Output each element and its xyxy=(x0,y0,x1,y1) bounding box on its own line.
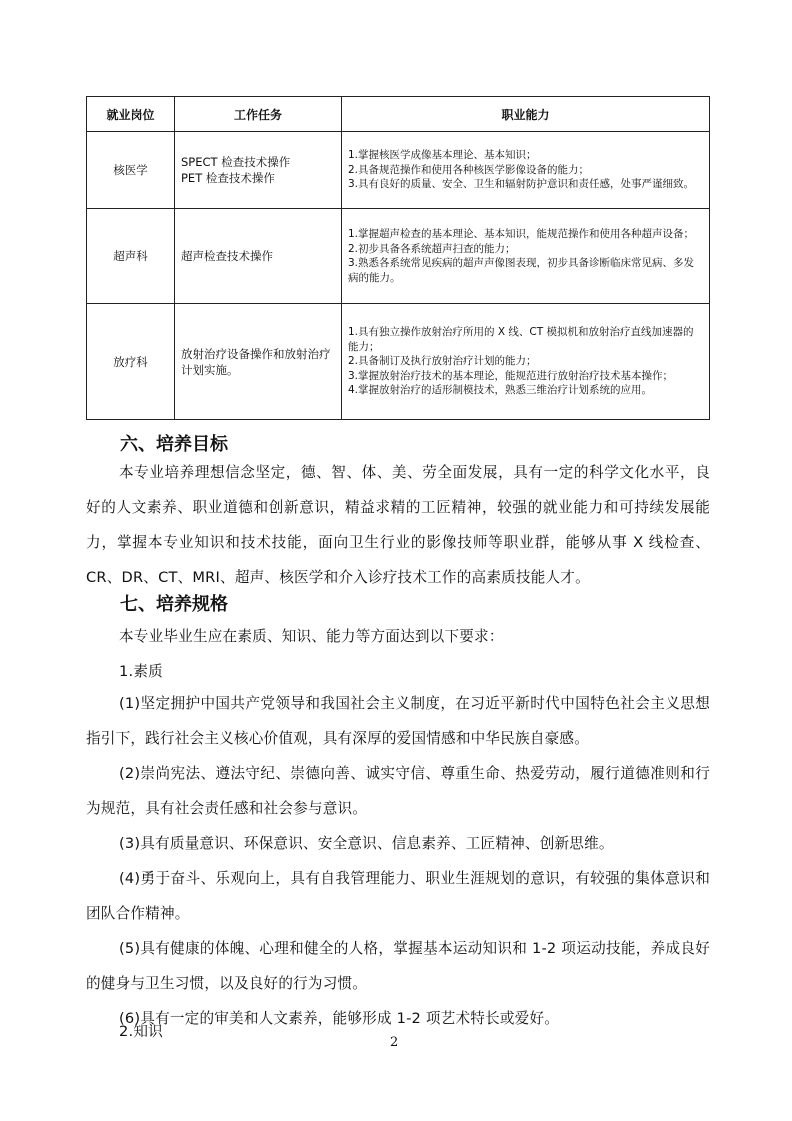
header-ability: 职业能力 xyxy=(342,97,710,132)
table-header-row: 就业岗位 工作任务 职业能力 xyxy=(87,97,710,132)
quality-item-2: (2)崇尚宪法、遵法守纪、崇德向善、诚实守信、尊重生命、热爱劳动，履行道德准则和… xyxy=(86,756,710,826)
table-row: 超声科 超声检查技术操作 1.掌握超声检查的基本理论、基本知识，能规范操作和使用… xyxy=(87,209,710,304)
task-line: PET 检查技术操作 xyxy=(181,170,335,186)
post-cell: 核医学 xyxy=(87,132,175,209)
ability-line: 2.初步具备各系统超声扫查的能力； xyxy=(348,242,703,257)
post-cell: 放疗科 xyxy=(87,304,175,420)
task-cell: SPECT 检查技术操作 PET 检查技术操作 xyxy=(175,132,342,209)
task-cell: 超声检查技术操作 xyxy=(175,209,342,304)
ability-line: 3.熟悉各系统常见疾病的超声声像图表现，初步具备诊断临床常见病、多发病的能力。 xyxy=(348,256,703,285)
ability-line: 1.掌握核医学成像基本理论、基本知识； xyxy=(348,148,703,163)
page-number: 2 xyxy=(390,1035,398,1050)
table-row: 放疗科 放射治疗设备操作和放射治疗计划实施。 1.具有独立操作放射治疗所用的 X… xyxy=(87,304,710,420)
ability-cell: 1.掌握超声检查的基本理论、基本知识，能规范操作和使用各种超声设备； 2.初步具… xyxy=(342,209,710,304)
ability-line: 1.具有独立操作放射治疗所用的 X 线、CT 模拟机和放射治疗直线加速器的能力； xyxy=(348,325,703,354)
subheading-quality: 1.素质 xyxy=(119,660,163,681)
quality-item-1: (1)坚定拥护中国共产党领导和我国社会主义制度，在习近平新时代中国特色社会主义思… xyxy=(86,686,710,756)
task-cell: 放射治疗设备操作和放射治疗计划实施。 xyxy=(175,304,342,420)
task-line: 放射治疗设备操作和放射治疗计划实施。 xyxy=(181,346,335,378)
header-post: 就业岗位 xyxy=(87,97,175,132)
quality-item-3: (3)具有质量意识、环保意识、安全意识、信息素养、工匠精神、创新思维。 xyxy=(86,826,710,861)
training-goal-paragraph: 本专业培养理想信念坚定，德、智、体、美、劳全面发展，具有一定的科学文化水平，良好… xyxy=(86,455,710,595)
document-page: 就业岗位 工作任务 职业能力 核医学 SPECT 检查技术操作 PET 检查技术… xyxy=(0,0,792,1121)
spec-intro: 本专业毕业生应在素质、知识、能力等方面达到以下要求： xyxy=(119,625,504,646)
ability-cell: 1.具有独立操作放射治疗所用的 X 线、CT 模拟机和放射治疗直线加速器的能力；… xyxy=(342,304,710,420)
ability-line: 3.掌握放射治疗技术的基本理论，能规范进行放射治疗技术基本操作； xyxy=(348,369,703,384)
section-heading-training-spec: 七、培养规格 xyxy=(120,590,228,616)
ability-line: 2.具备制订及执行放射治疗计划的能力； xyxy=(348,354,703,369)
ability-line: 3.具有良好的质量、安全、卫生和辐射防护意识和责任感，处事严谨细致。 xyxy=(348,177,703,192)
table-row: 核医学 SPECT 检查技术操作 PET 检查技术操作 1.掌握核医学成像基本理… xyxy=(87,132,710,209)
ability-line: 1.掌握超声检查的基本理论、基本知识，能规范操作和使用各种超声设备； xyxy=(348,227,703,242)
header-task: 工作任务 xyxy=(175,97,342,132)
ability-cell: 1.掌握核医学成像基本理论、基本知识； 2.具备规范操作和使用各种核医学影像设备… xyxy=(342,132,710,209)
section-heading-training-goal: 六、培养目标 xyxy=(120,430,228,456)
ability-line: 4.掌握放射治疗的适形制模技术，熟悉三维治疗计划系统的应用。 xyxy=(348,383,703,398)
ability-line: 2.具备规范操作和使用各种核医学影像设备的能力； xyxy=(348,163,703,178)
quality-item-5: (5)具有健康的体魄、心理和健全的人格，掌握基本运动知识和 1-2 项运动技能，… xyxy=(86,931,710,1001)
employment-table: 就业岗位 工作任务 职业能力 核医学 SPECT 检查技术操作 PET 检查技术… xyxy=(86,96,710,420)
quality-item-4: (4)勇于奋斗、乐观向上，具有自我管理能力、职业生涯规划的意识，有较强的集体意识… xyxy=(86,861,710,931)
subheading-knowledge: 2.知识 xyxy=(119,1020,163,1041)
post-cell: 超声科 xyxy=(87,209,175,304)
task-line: 超声检查技术操作 xyxy=(181,248,335,264)
task-line: SPECT 检查技术操作 xyxy=(181,154,335,170)
quality-item-6: (6)具有一定的审美和人文素养，能够形成 1-2 项艺术特长或爱好。 xyxy=(86,1001,710,1036)
